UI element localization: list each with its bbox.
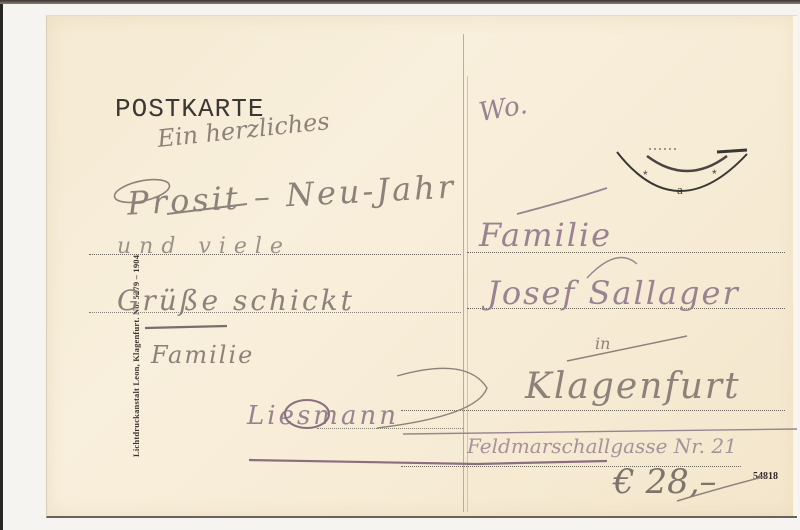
postcard: POSTKARTE Lichtdruckanstalt Leon, Klagen… (46, 15, 797, 518)
postmark-star-icon: * (712, 167, 717, 181)
postmark-stamp: * * a (607, 134, 757, 209)
scan-edge-top (0, 0, 800, 4)
scan-edge-left (0, 0, 3, 530)
handwriting-strokes (47, 16, 797, 516)
postmark-letter: a (677, 182, 683, 197)
postmark-star-icon: * (643, 168, 648, 182)
